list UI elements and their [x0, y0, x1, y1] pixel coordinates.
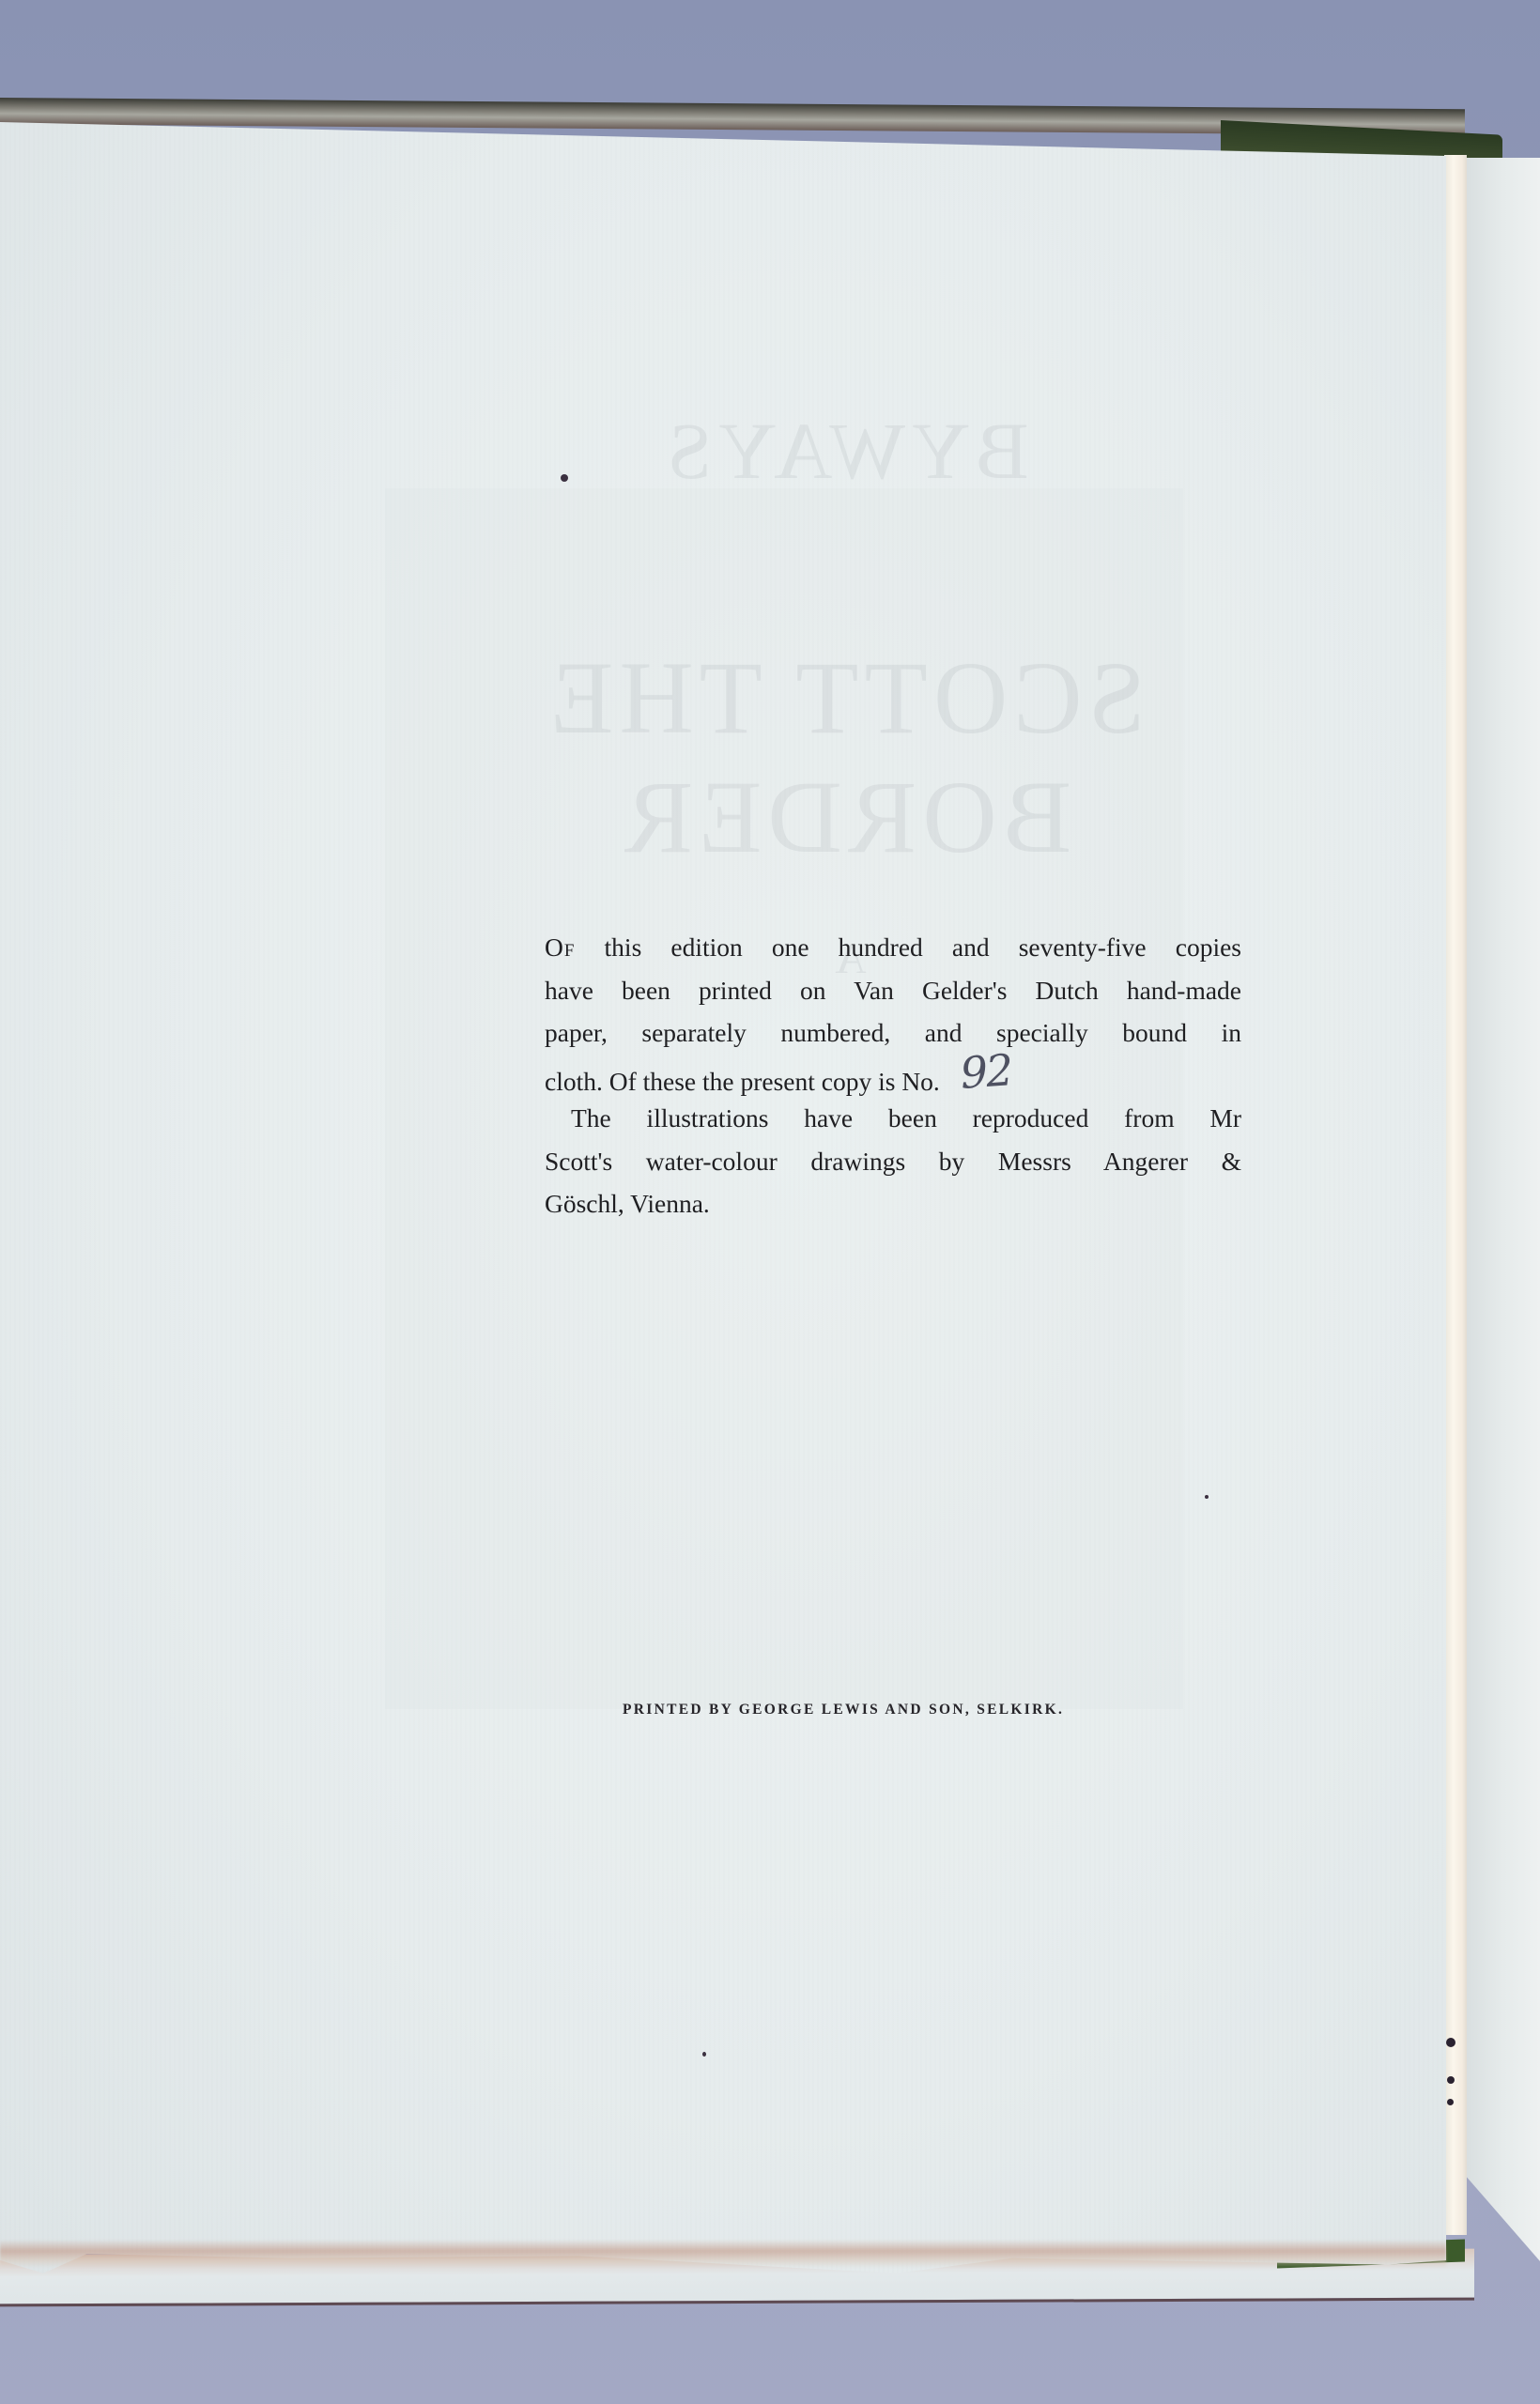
small-caps-lead: Of	[545, 932, 575, 962]
edition-statement: Of this edition one hundred and seventy-…	[545, 926, 1241, 1102]
page-deckle-edge	[0, 2240, 1446, 2268]
text-line: Scott's water-colour drawings by Messrs …	[545, 1140, 1241, 1183]
printer-imprint: PRINTED BY GEORGE LEWIS AND SON, SELKIRK…	[623, 1702, 1186, 1718]
text-line: The illustrations have been reproduced f…	[545, 1097, 1241, 1140]
text-line: cloth. Of these the present copy is No.9…	[545, 1055, 1241, 1103]
facing-page	[1467, 158, 1540, 2261]
text-line: paper, separately numbered, and speciall…	[545, 1011, 1241, 1055]
text-line: have been printed on Van Gelder's Dutch …	[545, 969, 1241, 1012]
illustration-credit: The illustrations have been reproduced f…	[545, 1097, 1241, 1225]
colophon-text: Of this edition one hundred and seventy-…	[545, 926, 1241, 1225]
handwritten-copy-number: 92	[959, 1049, 1013, 1095]
stitch-hole-icon	[1447, 2099, 1454, 2105]
stitch-hole-icon	[1446, 2038, 1455, 2047]
paper-speck	[1205, 1495, 1209, 1499]
page-gutter	[1444, 155, 1467, 2235]
paper-speck	[561, 474, 568, 482]
text-line: Göschl, Vienna.	[545, 1182, 1241, 1225]
text-line: Of this edition one hundred and seventy-…	[545, 926, 1241, 969]
stitch-hole-icon	[1447, 2076, 1455, 2084]
paper-speck	[702, 2052, 706, 2057]
